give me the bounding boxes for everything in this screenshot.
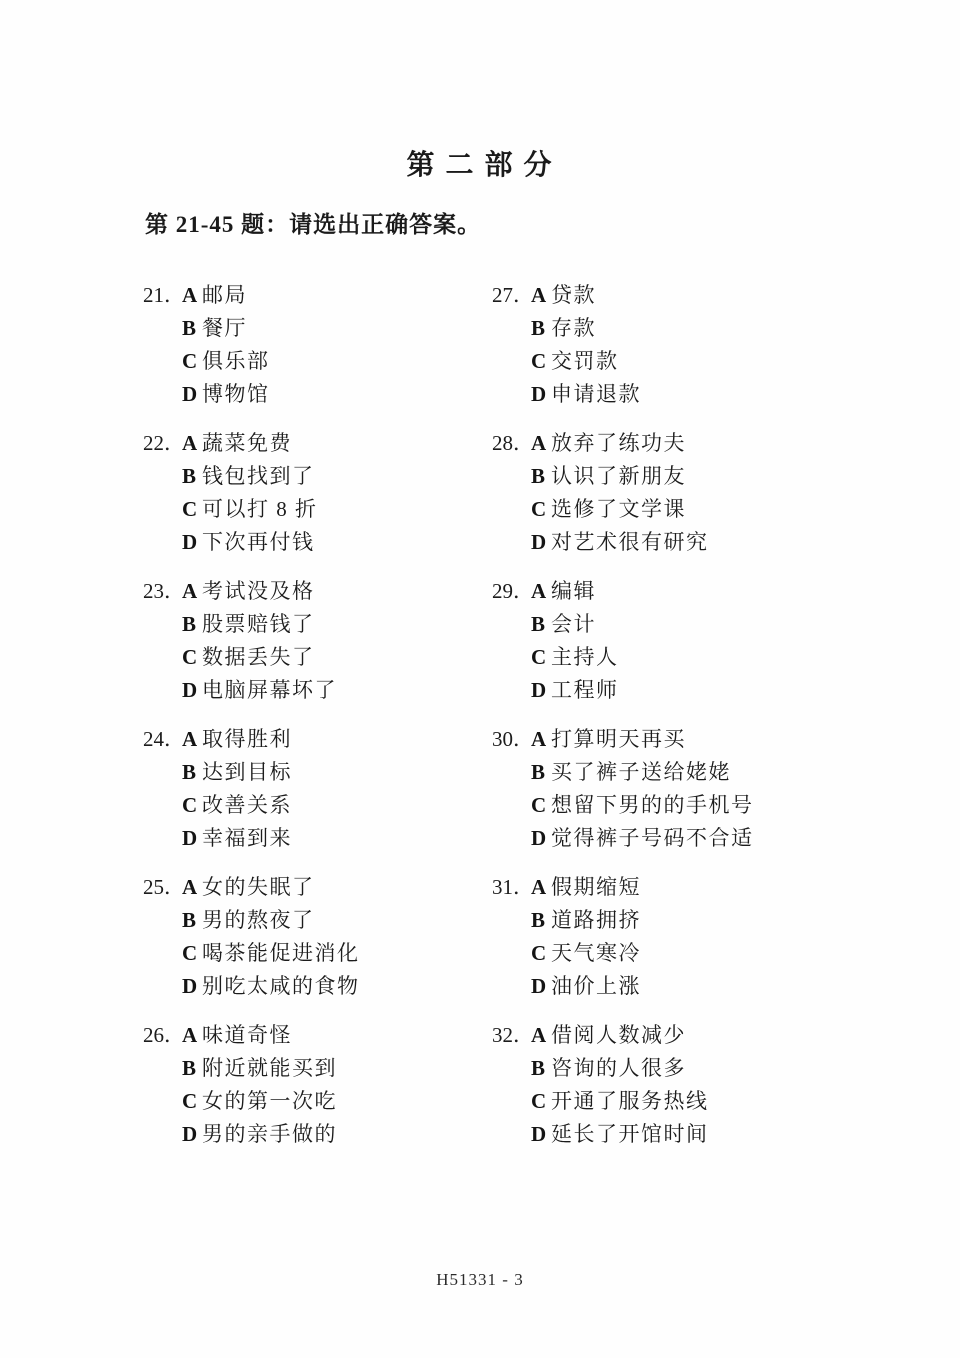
option-letter: B xyxy=(531,608,551,641)
option-row: B咨询的人很多 xyxy=(492,1052,960,1085)
option-letter: A xyxy=(531,575,551,608)
option-letter: B xyxy=(182,312,202,345)
option-letter: C xyxy=(531,789,551,822)
option-letter: D xyxy=(531,378,551,411)
option-text: 选修了文学课 xyxy=(551,493,686,526)
option-row: C改善关系 xyxy=(143,789,492,822)
option-row: 30．A打算明天再买 xyxy=(492,723,960,756)
option-text: 味道奇怪 xyxy=(202,1019,292,1052)
option-row: 23．A考试没及格 xyxy=(143,575,492,608)
option-text: 道路拥挤 xyxy=(551,904,641,937)
option-row: 26．A味道奇怪 xyxy=(143,1019,492,1052)
option-text: 达到目标 xyxy=(202,756,292,789)
option-text: 男的熬夜了 xyxy=(202,904,315,937)
option-row: C数据丢失了 xyxy=(143,641,492,674)
option-letter: D xyxy=(182,526,202,559)
question-block: 23．A考试没及格B股票赔钱了C数据丢失了D电脑屏幕坏了 xyxy=(143,575,492,707)
option-text: 幸福到来 xyxy=(202,822,292,855)
option-letter: A xyxy=(531,1019,551,1052)
option-row: B股票赔钱了 xyxy=(143,608,492,641)
question-block: 29．A编辑B会计C主持人D工程师 xyxy=(492,575,960,707)
option-letter: C xyxy=(182,1085,202,1118)
instruction-line: 第 21-45 题：请选出正确答案。 xyxy=(145,206,960,239)
option-row: D幸福到来 xyxy=(143,822,492,855)
option-letter: B xyxy=(182,460,202,493)
option-text: 贷款 xyxy=(551,279,596,312)
option-letter: B xyxy=(182,904,202,937)
option-text: 认识了新朋友 xyxy=(551,460,686,493)
option-row: D对艺术很有研究 xyxy=(492,526,960,559)
option-letter: C xyxy=(182,937,202,970)
option-text: 可以打 8 折 xyxy=(202,493,318,526)
option-text: 别吃太咸的食物 xyxy=(202,970,360,1003)
option-letter: B xyxy=(531,756,551,789)
question-number: 26． xyxy=(143,1019,182,1052)
question-number: 21． xyxy=(143,279,182,312)
option-letter: A xyxy=(182,1019,202,1052)
option-letter: D xyxy=(531,674,551,707)
question-block: 24．A取得胜利B达到目标C改善关系D幸福到来 xyxy=(143,723,492,855)
option-text: 买了裤子送给姥姥 xyxy=(551,756,731,789)
option-text: 女的失眠了 xyxy=(202,871,315,904)
option-text: 油价上涨 xyxy=(551,970,641,1003)
option-text: 开通了服务热线 xyxy=(551,1085,709,1118)
option-text: 放弃了练功夫 xyxy=(551,427,686,460)
option-row: B认识了新朋友 xyxy=(492,460,960,493)
option-row: 25．A女的失眠了 xyxy=(143,871,492,904)
option-text: 改善关系 xyxy=(202,789,292,822)
option-row: B达到目标 xyxy=(143,756,492,789)
option-row: B餐厅 xyxy=(143,312,492,345)
option-letter: B xyxy=(531,460,551,493)
option-letter: A xyxy=(182,723,202,756)
option-text: 假期缩短 xyxy=(551,871,641,904)
question-number: 24． xyxy=(143,723,182,756)
option-letter: A xyxy=(531,279,551,312)
option-text: 电脑屏幕坏了 xyxy=(202,674,337,707)
option-row: B存款 xyxy=(492,312,960,345)
option-text: 俱乐部 xyxy=(202,345,270,378)
page-footer-code: H51331 - 3 xyxy=(0,1270,960,1290)
question-number: 30． xyxy=(492,723,531,756)
option-text: 交罚款 xyxy=(551,345,619,378)
option-row: 29．A编辑 xyxy=(492,575,960,608)
option-row: 24．A取得胜利 xyxy=(143,723,492,756)
option-row: B道路拥挤 xyxy=(492,904,960,937)
option-text: 主持人 xyxy=(551,641,619,674)
option-row: B会计 xyxy=(492,608,960,641)
question-number: 32． xyxy=(492,1019,531,1052)
option-letter: B xyxy=(182,756,202,789)
option-row: B附近就能买到 xyxy=(143,1052,492,1085)
option-text: 工程师 xyxy=(551,674,619,707)
option-text: 申请退款 xyxy=(551,378,641,411)
option-letter: A xyxy=(182,871,202,904)
option-text: 会计 xyxy=(551,608,596,641)
option-row: C天气寒冷 xyxy=(492,937,960,970)
option-letter: A xyxy=(531,871,551,904)
option-text: 觉得裤子号码不合适 xyxy=(551,822,754,855)
option-letter: D xyxy=(182,970,202,1003)
option-letter: A xyxy=(182,427,202,460)
option-letter: A xyxy=(531,427,551,460)
option-letter: C xyxy=(531,345,551,378)
option-letter: C xyxy=(531,1085,551,1118)
option-row: C女的第一次吃 xyxy=(143,1085,492,1118)
question-block: 25．A女的失眠了B男的熬夜了C喝茶能促进消化D别吃太咸的食物 xyxy=(143,871,492,1003)
questions-column-right: 27．A贷款B存款C交罚款D申请退款28．A放弃了练功夫B认识了新朋友C选修了文… xyxy=(492,279,960,1167)
question-block: 27．A贷款B存款C交罚款D申请退款 xyxy=(492,279,960,411)
option-letter: D xyxy=(182,822,202,855)
option-letter: C xyxy=(182,641,202,674)
option-text: 打算明天再买 xyxy=(551,723,686,756)
option-text: 博物馆 xyxy=(202,378,270,411)
option-row: B买了裤子送给姥姥 xyxy=(492,756,960,789)
option-letter: A xyxy=(531,723,551,756)
option-letter: C xyxy=(182,789,202,822)
exam-page: 第 二 部 分 第 21-45 题：请选出正确答案。 21．A邮局B餐厅C俱乐部… xyxy=(0,0,960,1358)
question-block: 26．A味道奇怪B附近就能买到C女的第一次吃D男的亲手做的 xyxy=(143,1019,492,1151)
option-text: 考试没及格 xyxy=(202,575,315,608)
question-number: 22． xyxy=(143,427,182,460)
question-block: 21．A邮局B餐厅C俱乐部D博物馆 xyxy=(143,279,492,411)
option-row: D工程师 xyxy=(492,674,960,707)
option-letter: B xyxy=(531,312,551,345)
option-row: 21．A邮局 xyxy=(143,279,492,312)
option-text: 延长了开馆时间 xyxy=(551,1118,709,1151)
question-number: 29． xyxy=(492,575,531,608)
option-row: D男的亲手做的 xyxy=(143,1118,492,1151)
questions-column-left: 21．A邮局B餐厅C俱乐部D博物馆22．A蔬菜免费B钱包找到了C可以打 8 折D… xyxy=(143,279,492,1167)
option-text: 附近就能买到 xyxy=(202,1052,337,1085)
question-number: 31． xyxy=(492,871,531,904)
option-row: D延长了开馆时间 xyxy=(492,1118,960,1151)
question-block: 31．A假期缩短B道路拥挤C天气寒冷D油价上涨 xyxy=(492,871,960,1003)
option-letter: D xyxy=(182,674,202,707)
option-text: 餐厅 xyxy=(202,312,247,345)
option-row: D别吃太咸的食物 xyxy=(143,970,492,1003)
questions-grid: 21．A邮局B餐厅C俱乐部D博物馆22．A蔬菜免费B钱包找到了C可以打 8 折D… xyxy=(0,279,960,1167)
option-letter: B xyxy=(531,1052,551,1085)
option-text: 天气寒冷 xyxy=(551,937,641,970)
option-letter: B xyxy=(182,608,202,641)
option-letter: A xyxy=(182,279,202,312)
option-row: D博物馆 xyxy=(143,378,492,411)
option-text: 男的亲手做的 xyxy=(202,1118,337,1151)
question-block: 30．A打算明天再买B买了裤子送给姥姥C想留下男的的手机号D觉得裤子号码不合适 xyxy=(492,723,960,855)
option-row: 27．A贷款 xyxy=(492,279,960,312)
question-block: 32．A借阅人数减少B咨询的人很多C开通了服务热线D延长了开馆时间 xyxy=(492,1019,960,1151)
option-row: D觉得裤子号码不合适 xyxy=(492,822,960,855)
option-letter: B xyxy=(531,904,551,937)
option-row: 32．A借阅人数减少 xyxy=(492,1019,960,1052)
option-letter: B xyxy=(182,1052,202,1085)
option-row: 28．A放弃了练功夫 xyxy=(492,427,960,460)
option-text: 借阅人数减少 xyxy=(551,1019,686,1052)
option-letter: D xyxy=(531,822,551,855)
option-letter: C xyxy=(182,493,202,526)
option-row: D下次再付钱 xyxy=(143,526,492,559)
option-row: D申请退款 xyxy=(492,378,960,411)
option-letter: C xyxy=(182,345,202,378)
option-row: C交罚款 xyxy=(492,345,960,378)
option-row: B男的熬夜了 xyxy=(143,904,492,937)
option-letter: D xyxy=(182,378,202,411)
option-text: 女的第一次吃 xyxy=(202,1085,337,1118)
option-letter: A xyxy=(182,575,202,608)
option-row: C喝茶能促进消化 xyxy=(143,937,492,970)
option-text: 下次再付钱 xyxy=(202,526,315,559)
option-letter: D xyxy=(182,1118,202,1151)
option-letter: C xyxy=(531,641,551,674)
question-block: 28．A放弃了练功夫B认识了新朋友C选修了文学课D对艺术很有研究 xyxy=(492,427,960,559)
option-letter: C xyxy=(531,937,551,970)
section-title: 第 二 部 分 xyxy=(0,0,960,182)
option-text: 取得胜利 xyxy=(202,723,292,756)
option-row: 22．A蔬菜免费 xyxy=(143,427,492,460)
question-number: 23． xyxy=(143,575,182,608)
option-letter: C xyxy=(531,493,551,526)
question-block: 22．A蔬菜免费B钱包找到了C可以打 8 折D下次再付钱 xyxy=(143,427,492,559)
option-text: 股票赔钱了 xyxy=(202,608,315,641)
option-text: 存款 xyxy=(551,312,596,345)
option-text: 钱包找到了 xyxy=(202,460,315,493)
option-letter: D xyxy=(531,1118,551,1151)
option-row: C开通了服务热线 xyxy=(492,1085,960,1118)
option-text: 对艺术很有研究 xyxy=(551,526,709,559)
option-row: D电脑屏幕坏了 xyxy=(143,674,492,707)
option-letter: D xyxy=(531,526,551,559)
option-row: B钱包找到了 xyxy=(143,460,492,493)
option-row: C可以打 8 折 xyxy=(143,493,492,526)
option-row: C俱乐部 xyxy=(143,345,492,378)
option-row: C选修了文学课 xyxy=(492,493,960,526)
option-row: C主持人 xyxy=(492,641,960,674)
option-text: 咨询的人很多 xyxy=(551,1052,686,1085)
question-number: 27． xyxy=(492,279,531,312)
option-text: 蔬菜免费 xyxy=(202,427,292,460)
question-number: 25． xyxy=(143,871,182,904)
option-text: 编辑 xyxy=(551,575,596,608)
option-text: 喝茶能促进消化 xyxy=(202,937,360,970)
option-text: 数据丢失了 xyxy=(202,641,315,674)
option-letter: D xyxy=(531,970,551,1003)
question-number: 28． xyxy=(492,427,531,460)
option-row: 31．A假期缩短 xyxy=(492,871,960,904)
option-row: D油价上涨 xyxy=(492,970,960,1003)
option-row: C想留下男的的手机号 xyxy=(492,789,960,822)
option-text: 邮局 xyxy=(202,279,247,312)
option-text: 想留下男的的手机号 xyxy=(551,789,754,822)
